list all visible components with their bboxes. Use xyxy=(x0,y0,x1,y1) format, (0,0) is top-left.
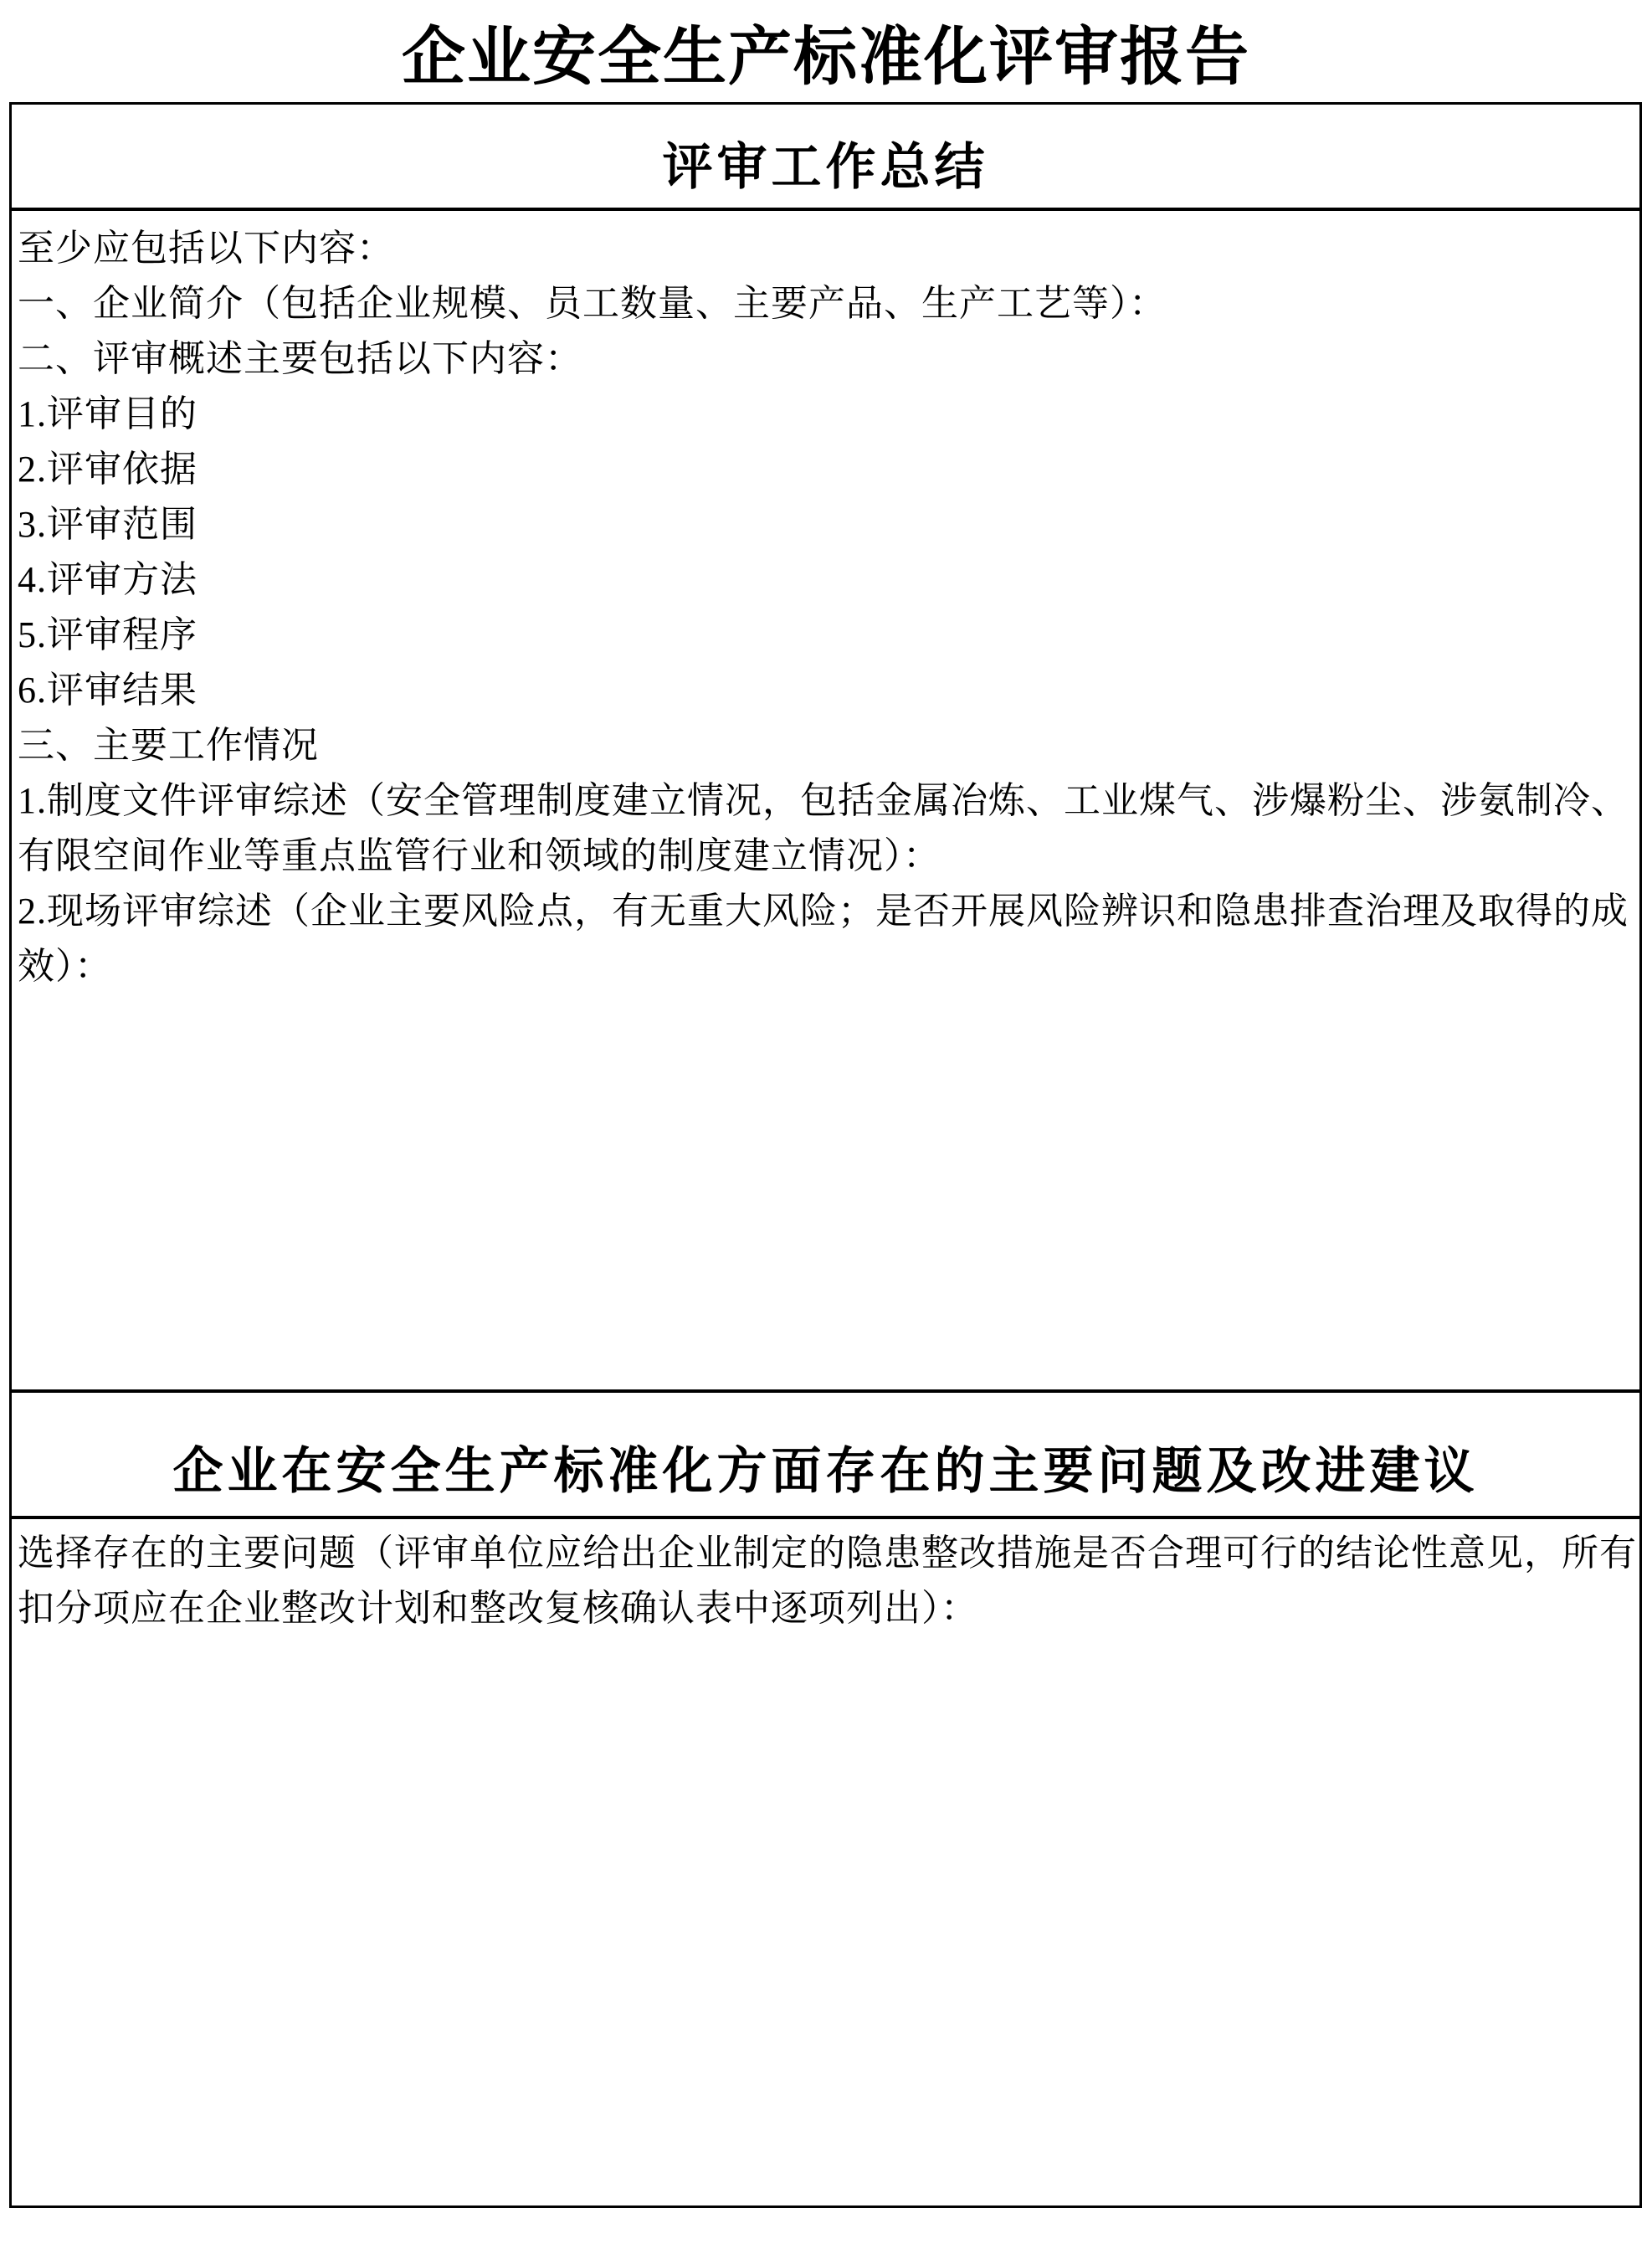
problems-line: 扣分项应在企业整改计划和整改复核确认表中逐项列出）： xyxy=(18,1581,1634,1636)
summary-fill-area[interactable]: 至少应包括以下内容： 一、企业简介（包括企业规模、员工数量、主要产品、生产工艺等… xyxy=(12,208,1639,1389)
section-summary-header: 评审工作总结 xyxy=(12,105,1639,208)
summary-line: 效）： xyxy=(18,939,1634,994)
section-summary-header-text: 评审工作总结 xyxy=(663,127,989,199)
summary-line: 至少应包括以下内容： xyxy=(18,221,1634,276)
summary-line: 二、评审概述主要包括以下内容： xyxy=(18,331,1634,387)
summary-line: 1.制度文件评审综述（安全管理制度建立情况，包括金属冶炼、工业煤气、涉爆粉尘、涉… xyxy=(18,773,1634,829)
summary-line: 三、主要工作情况 xyxy=(18,718,1634,773)
summary-line: 1.评审目的 xyxy=(18,387,1634,442)
summary-line: 一、企业简介（包括企业规模、员工数量、主要产品、生产工艺等）： xyxy=(18,276,1634,331)
summary-line: 3.评审范围 xyxy=(18,497,1634,552)
summary-line: 2.现场评审综述（企业主要风险点，有无重大风险；是否开展风险辨识和隐患排查治理及… xyxy=(18,884,1634,939)
problems-fill-area[interactable]: 选择存在的主要问题（评审单位应给出企业制定的隐患整改措施是否合理可行的结论性意见… xyxy=(12,1516,1639,2205)
summary-line: 有限空间作业等重点监管行业和领域的制度建立情况）： xyxy=(18,829,1634,884)
summary-line: 5.评审程序 xyxy=(18,608,1634,663)
document-title: 企业安全生产标准化评审报告 xyxy=(0,0,1652,102)
summary-line: 6.评审结果 xyxy=(18,663,1634,718)
summary-line: 4.评审方法 xyxy=(18,552,1634,608)
summary-line: 2.评审依据 xyxy=(18,442,1634,497)
report-table: 评审工作总结 至少应包括以下内容： 一、企业简介（包括企业规模、员工数量、主要产… xyxy=(9,102,1642,2208)
section-problems-header: 企业在安全生产标准化方面存在的主要问题及改进建议 xyxy=(12,1389,1639,1516)
section-problems-header-text: 企业在安全生产标准化方面存在的主要问题及改进建议 xyxy=(173,1431,1479,1503)
problems-line: 选择存在的主要问题（评审单位应给出企业制定的隐患整改措施是否合理可行的结论性意见… xyxy=(18,1526,1634,1581)
document-page: 企业安全生产标准化评审报告 评审工作总结 至少应包括以下内容： 一、企业简介（包… xyxy=(0,0,1652,2244)
